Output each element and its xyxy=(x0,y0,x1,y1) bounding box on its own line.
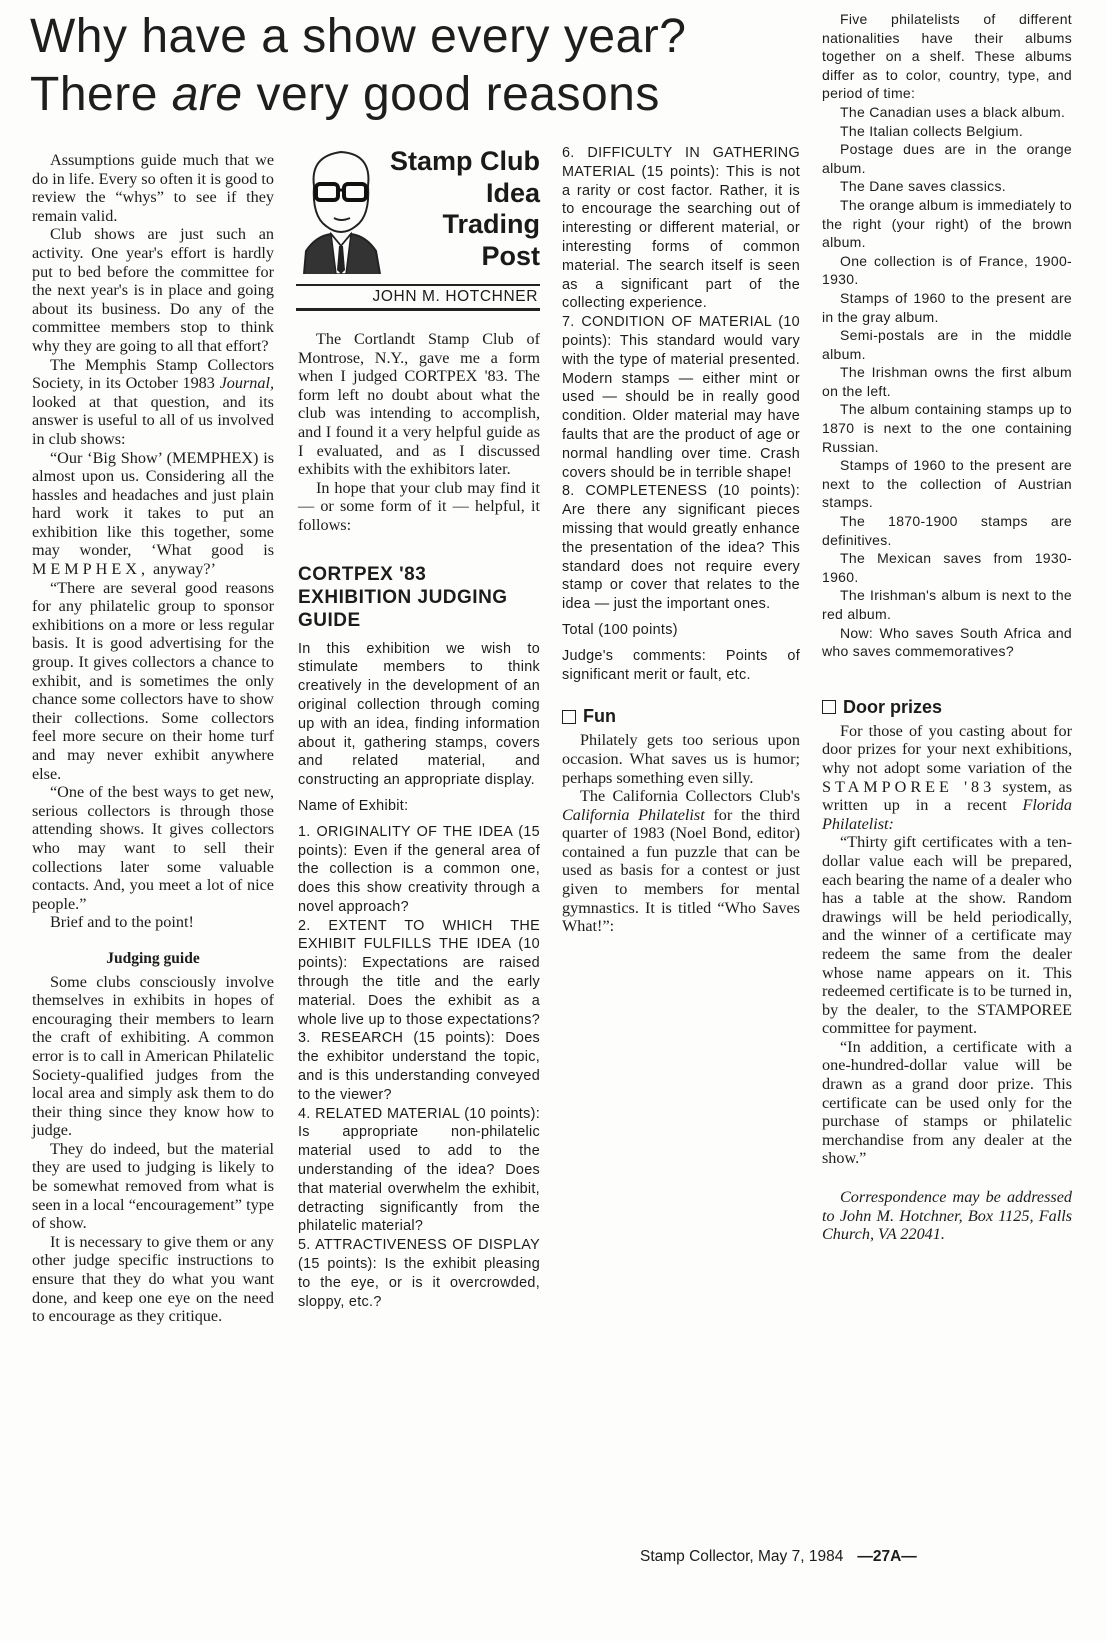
puzzle-clue: The album containing stamps up to 1870 i… xyxy=(822,400,1072,456)
headline: Why have a show every year? There are ve… xyxy=(30,8,790,124)
article-column-4: Five philatelists of different nationali… xyxy=(822,10,1072,1244)
section-heading-fun: Fun xyxy=(562,706,800,727)
headline-emphasis: are xyxy=(172,68,243,121)
judging-guide-title: CORTPEX '83 EXHIBITION JUDGING GUIDE xyxy=(298,563,540,632)
paragraph: They do indeed, but the material they ar… xyxy=(32,1140,274,1233)
paragraph: Assumptions guide much that we do in lif… xyxy=(32,151,274,225)
judges-comments: Judge's comments: Points of significant … xyxy=(562,647,800,685)
puzzle-clue: The Irishman's album is next to the red … xyxy=(822,586,1072,623)
paragraph: “Our ‘Big Show’ (MEMPHEX) is almost upon… xyxy=(32,449,274,579)
total-points: Total (100 points) xyxy=(562,621,800,640)
paragraph: “Thirty gift certificates with a ten-dol… xyxy=(822,833,1072,1038)
columnist-portrait-icon xyxy=(296,146,386,274)
puzzle-clue: The Canadian uses a black album. xyxy=(822,103,1072,122)
publication-date: Stamp Collector, May 7, 1984 xyxy=(640,1548,843,1565)
puzzle-clue: Stamps of 1960 to the present are next t… xyxy=(822,456,1072,512)
criterion: 7. CONDITION OF MATERIAL (10 points): Th… xyxy=(562,313,800,482)
guide-intro: In this exhibition we wish to stimulate … xyxy=(298,640,540,790)
page-footer: Stamp Collector, May 7, 1984—27A— xyxy=(640,1548,917,1566)
article-column-2: The Cortlandt Stamp Club of Montrose, N.… xyxy=(298,330,540,1311)
criterion: 2. EXTENT TO WHICH THE EXHIBIT FULFILLS … xyxy=(298,917,540,1030)
puzzle-clue: Postage dues are in the orange album. xyxy=(822,140,1072,177)
criterion: 4. RELATED MATERIAL (10 points): Is appr… xyxy=(298,1105,540,1237)
puzzle-clue: The 1870-1900 stamps are definitives. xyxy=(822,512,1072,549)
puzzle-clue: The orange album is immediately to the r… xyxy=(822,196,1072,252)
publication-name: Journal, xyxy=(220,374,274,392)
criterion: 8. COMPLETENESS (10 points): Are there a… xyxy=(562,482,800,614)
name-of-exhibit-label: Name of Exhibit: xyxy=(298,797,540,816)
paragraph: “There are several good reasons for any … xyxy=(32,579,274,784)
headline-line-1: Why have a show every year? xyxy=(30,10,686,63)
paragraph: For those of you casting about for door … xyxy=(822,722,1072,834)
article-column-1: Assumptions guide much that we do in lif… xyxy=(32,151,274,1326)
publication-name: California Philatelist xyxy=(562,806,705,824)
puzzle-clue: The Irishman owns the first album on the… xyxy=(822,363,1072,400)
puzzle-question: Now: Who saves South Africa and who save… xyxy=(822,624,1072,661)
puzzle-clues: Five philatelists of different nationali… xyxy=(822,10,1072,661)
headline-line-2-post: very good reasons xyxy=(243,68,660,121)
section-heading-door-prizes: Door prizes xyxy=(822,697,1072,718)
criterion: 6. DIFFICULTY IN GATHERING MATERIAL (15 … xyxy=(562,144,800,313)
checkbox-icon xyxy=(822,700,836,714)
criterion: 1. ORIGINALITY OF THE IDEA (15 points): … xyxy=(298,823,540,917)
puzzle-clue: The Dane saves classics. xyxy=(822,177,1072,196)
puzzle-clue: Stamps of 1960 to the present are in the… xyxy=(822,289,1072,326)
page-number: —27A— xyxy=(857,1548,916,1565)
puzzle-clue: The Italian collects Belgium. xyxy=(822,122,1072,141)
criterion: 5. ATTRACTIVENESS OF DISPLAY (15 points)… xyxy=(298,1236,540,1311)
article-column-3: 6. DIFFICULTY IN GATHERING MATERIAL (15 … xyxy=(562,144,800,936)
correspondence-note: Correspondence may be addressed to John … xyxy=(822,1188,1072,1244)
column-title: Stamp Club Idea Trading Post xyxy=(390,146,540,272)
paragraph: Club shows are just such an activity. On… xyxy=(32,225,274,355)
criterion: 3. RESEARCH (15 points): Does the exhibi… xyxy=(298,1029,540,1104)
puzzle-clue: Five philatelists of different nationali… xyxy=(822,10,1072,103)
paragraph: “One of the best ways to get new, seriou… xyxy=(32,783,274,913)
paragraph: Some clubs consciously involve themselve… xyxy=(32,973,274,1140)
puzzle-clue: The Mexican saves from 1930-1960. xyxy=(822,549,1072,586)
paragraph: Brief and to the point! xyxy=(32,913,274,932)
author-byline: JOHN M. HOTCHNER xyxy=(373,288,538,306)
divider xyxy=(296,308,540,311)
paragraph: The Cortlandt Stamp Club of Montrose, N.… xyxy=(298,330,540,479)
section-heading-judging-guide: Judging guide xyxy=(32,950,274,969)
divider xyxy=(296,284,540,286)
paragraph: The Memphis Stamp Collectors Society, in… xyxy=(32,356,274,449)
paragraph: In hope that your club may find it — or … xyxy=(298,479,540,535)
paragraph: “In addition, a certificate with a one-h… xyxy=(822,1038,1072,1168)
paragraph: It is necessary to give them or any othe… xyxy=(32,1233,274,1326)
column-logo: Stamp Club Idea Trading Post JOHN M. HOT… xyxy=(296,146,540,318)
puzzle-clue: One collection is of France, 1900-1930. xyxy=(822,252,1072,289)
puzzle-clue: Semi-postals are in the middle album. xyxy=(822,326,1072,363)
headline-line-2-pre: There xyxy=(30,68,172,121)
paragraph: Philately gets too serious upon occasion… xyxy=(562,731,800,787)
checkbox-icon xyxy=(562,710,576,724)
paragraph: The California Collectors Club's Califor… xyxy=(562,787,800,936)
